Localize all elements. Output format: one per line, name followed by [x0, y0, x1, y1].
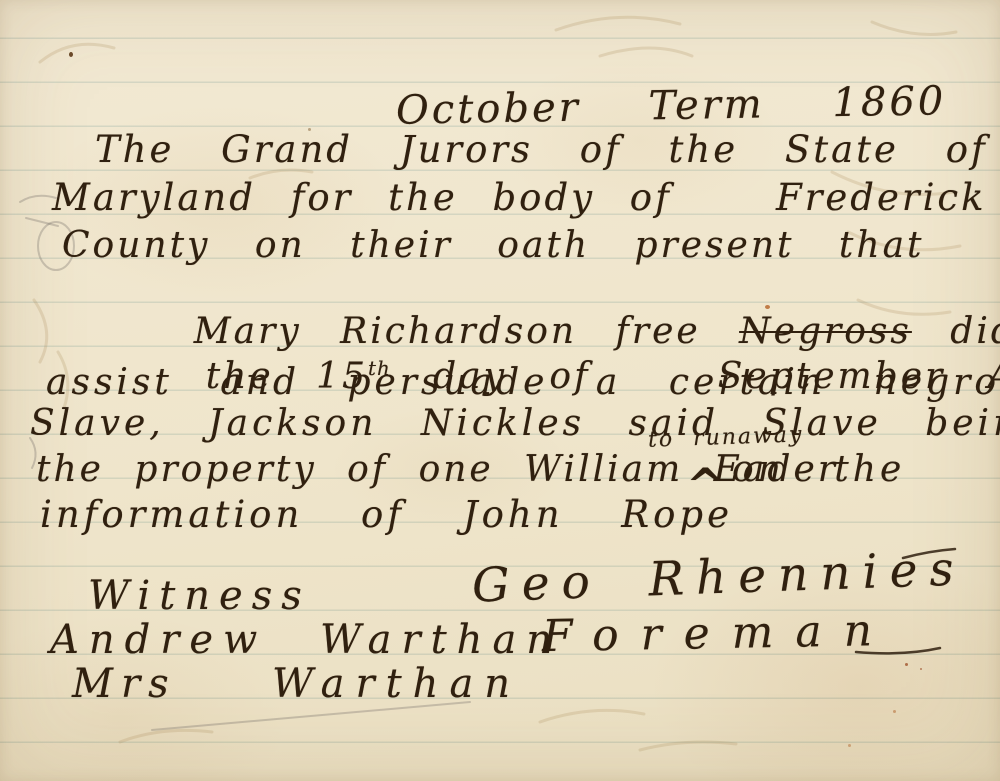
body-line-9: information of John Rope: [40, 495, 733, 536]
stain-speck: [920, 668, 922, 670]
stain-speck: [893, 710, 896, 713]
body-line-8-continued: on the: [732, 450, 905, 490]
witness-name-2-last: Warthan: [272, 662, 521, 706]
body-line-3: County on their oath present that: [62, 226, 925, 266]
ink-speck: [69, 52, 73, 57]
stain-speck: [848, 744, 851, 747]
witness-name-2-first: Mrs: [72, 662, 177, 706]
stain-speck: [905, 663, 908, 666]
body-line-7: Slave, Jackson Nickles said Slave being: [30, 404, 1000, 444]
body-line-2: Maryland for the body of Frederick: [52, 178, 987, 219]
document-page: October Term 1860 The Grand Jurors of th…: [0, 0, 1000, 781]
body-line-6: assist and persuade a certain negro: [46, 363, 1000, 403]
witness-label: Witness: [88, 574, 311, 618]
signature-title: Foreman: [542, 607, 895, 662]
witness-name-1: Andrew Warthan: [50, 618, 562, 662]
body-line-1: The Grand Jurors of the State of: [95, 130, 988, 171]
signature-name: Geo Rhennies: [471, 543, 966, 612]
date-line: October Term 1860: [396, 79, 947, 133]
